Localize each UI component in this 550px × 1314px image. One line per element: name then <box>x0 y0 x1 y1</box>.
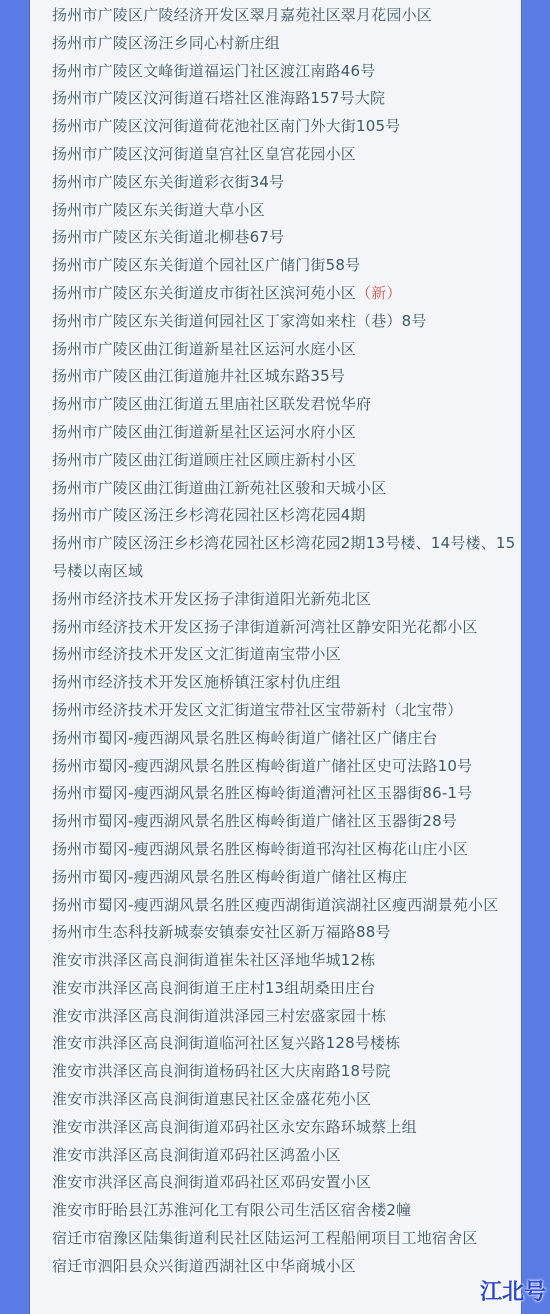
address-item: 扬州市广陵区东关街道何园社区丁家湾如来柱（巷）8号 <box>52 308 518 336</box>
address-item: 扬州市蜀冈-瘦西湖风景名胜区梅岭街道广储社区梅庄 <box>52 864 518 892</box>
address-text: 扬州市蜀冈-瘦西湖风景名胜区梅岭街道广储社区史可法路10号 <box>52 757 472 775</box>
address-item: 淮安市洪泽区高良涧街道惠民社区金盛花苑小区 <box>52 1086 518 1114</box>
address-text: 扬州市广陵区曲江街道施井社区城东路35号 <box>52 367 345 385</box>
address-item: 扬州市蜀冈-瘦西湖风景名胜区梅岭街道广储社区玉器街28号 <box>52 808 518 836</box>
address-item: 扬州市广陵区汤汪乡同心村新庄组 <box>52 30 518 58</box>
address-text: 扬州市广陵区汤汪乡杉湾花园社区杉湾花园4期 <box>52 506 366 524</box>
address-item: 扬州市广陵区汶河街道皇宫社区皇宫花园小区 <box>52 141 518 169</box>
address-text: 扬州市蜀冈-瘦西湖风景名胜区梅岭街道漕河社区玉器街86-1号 <box>52 784 472 802</box>
address-item: 淮安市洪泽区高良涧街道邓码社区鸿盈小区 <box>52 1142 518 1170</box>
address-text: 扬州市经济技术开发区施桥镇汪家村仇庄组 <box>52 673 341 691</box>
address-text: 淮安市洪泽区高良涧街道崔朱社区泽地华城12栋 <box>52 951 376 969</box>
address-text: 扬州市广陵区东关街道北柳巷67号 <box>52 228 284 246</box>
address-item: 扬州市广陵区曲江街道新星社区运河水庭小区 <box>52 336 518 364</box>
address-text: 扬州市广陵区汶河街道荷花池社区南门外大街105号 <box>52 117 400 135</box>
address-item: 扬州市蜀冈-瘦西湖风景名胜区梅岭街道邗沟社区梅花山庄小区 <box>52 836 518 864</box>
address-item: 扬州市广陵区东关街道大草小区 <box>52 197 518 225</box>
address-text: 淮安市洪泽区高良涧街道洪泽园三村宏盛家园十栋 <box>52 1007 386 1025</box>
address-text: 宿迁市宿豫区陆集街道利民社区陆运河工程船闸项目工地宿舍区 <box>52 1229 478 1247</box>
address-item: 扬州市蜀冈-瘦西湖风景名胜区梅岭街道漕河社区玉器街86-1号 <box>52 780 518 808</box>
address-text: 扬州市蜀冈-瘦西湖风景名胜区梅岭街道广储社区梅庄 <box>52 868 407 886</box>
address-item: 淮安市洪泽区高良涧街道王庄村13组胡桑田庄台 <box>52 975 518 1003</box>
address-item: 扬州市经济技术开发区施桥镇汪家村仇庄组 <box>52 669 518 697</box>
address-text: 扬州市广陵区广陵经济开发区翠月嘉苑社区翠月花园小区 <box>52 6 432 24</box>
address-item: 扬州市蜀冈-瘦西湖风景名胜区梅岭街道广储社区广储庄台 <box>52 725 518 753</box>
address-text: 扬州市广陵区东关街道彩衣街34号 <box>52 173 284 191</box>
address-text: 扬州市广陵区东关街道何园社区丁家湾如来柱（巷）8号 <box>52 312 427 330</box>
address-text: 宿迁市泗阳县众兴街道西湖社区中华商城小区 <box>52 1257 356 1275</box>
address-text: 淮安市洪泽区高良涧街道临河社区复兴路128号楼栋 <box>52 1034 400 1052</box>
address-text: 扬州市广陵区东关街道皮市街社区滨河苑小区 <box>52 284 356 302</box>
address-item: 扬州市经济技术开发区文汇街道宝带社区宝带新村（北宝带） <box>52 697 518 725</box>
address-item: 扬州市广陵区汤汪乡杉湾花园社区杉湾花园4期 <box>52 502 518 530</box>
address-list: 扬州市广陵区广陵经济开发区翠月嘉苑社区翠月花园小区扬州市广陵区汤汪乡同心村新庄组… <box>52 2 518 1281</box>
address-text: 淮安市洪泽区高良涧街道邓码社区鸿盈小区 <box>52 1146 341 1164</box>
address-text: 扬州市经济技术开发区文汇街道宝带社区宝带新村（北宝带） <box>52 701 462 719</box>
address-text: 扬州市广陵区曲江街道五里庙社区联发君悦华府 <box>52 395 371 413</box>
address-text: 扬州市广陵区汤汪乡杉湾花园社区杉湾花园2期13号楼、14号楼、15号楼以南区域 <box>52 534 515 580</box>
address-text: 扬州市经济技术开发区扬子津街道新河湾社区静安阳光花都小区 <box>52 618 478 636</box>
address-text: 扬州市广陵区曲江街道新星社区运河水庭小区 <box>52 340 356 358</box>
address-text: 扬州市经济技术开发区扬子津街道阳光新苑北区 <box>52 590 371 608</box>
address-item: 淮安市盱眙县江苏淮河化工有限公司生活区宿舍楼2幢 <box>52 1197 518 1225</box>
address-item: 扬州市经济技术开发区文汇街道南宝带小区 <box>52 641 518 669</box>
address-item: 扬州市经济技术开发区扬子津街道阳光新苑北区 <box>52 586 518 614</box>
address-item: 扬州市广陵区广陵经济开发区翠月嘉苑社区翠月花园小区 <box>52 2 518 30</box>
address-text: 扬州市广陵区汶河街道石塔社区淮海路157号大院 <box>52 89 385 107</box>
address-item: 扬州市生态科技新城泰安镇泰安社区新万福路88号 <box>52 919 518 947</box>
address-item: 扬州市广陵区东关街道彩衣街34号 <box>52 169 518 197</box>
address-item: 扬州市蜀冈-瘦西湖风景名胜区瘦西湖街道滨湖社区瘦西湖景苑小区 <box>52 892 518 920</box>
address-item: 扬州市广陵区曲江街道五里庙社区联发君悦华府 <box>52 391 518 419</box>
address-item: 扬州市广陵区东关街道北柳巷67号 <box>52 224 518 252</box>
address-text: 淮安市洪泽区高良涧街道邓码社区邓码安置小区 <box>52 1173 371 1191</box>
address-text: 扬州市广陵区汶河街道皇宫社区皇宫花园小区 <box>52 145 356 163</box>
watermark-logo: 江北号 <box>480 1275 546 1306</box>
address-text: 扬州市广陵区曲江街道曲江新苑社区骏和天城小区 <box>52 479 386 497</box>
address-text: 扬州市蜀冈-瘦西湖风景名胜区梅岭街道广储社区广储庄台 <box>52 729 438 747</box>
address-text: 扬州市蜀冈-瘦西湖风景名胜区梅岭街道广储社区玉器街28号 <box>52 812 457 830</box>
address-item: 扬州市广陵区东关街道皮市街社区滨河苑小区（新） <box>52 280 518 308</box>
address-item: 扬州市蜀冈-瘦西湖风景名胜区梅岭街道广储社区史可法路10号 <box>52 753 518 781</box>
address-item: 扬州市广陵区曲江街道顾庄社区顾庄新村小区 <box>52 447 518 475</box>
address-item: 扬州市广陵区汶河街道荷花池社区南门外大街105号 <box>52 113 518 141</box>
address-item: 淮安市洪泽区高良涧街道崔朱社区泽地华城12栋 <box>52 947 518 975</box>
address-text: 扬州市广陵区曲江街道新星社区运河水府小区 <box>52 423 356 441</box>
address-text: 扬州市蜀冈-瘦西湖风景名胜区瘦西湖街道滨湖社区瘦西湖景苑小区 <box>52 896 498 914</box>
address-item: 淮安市洪泽区高良涧街道临河社区复兴路128号楼栋 <box>52 1030 518 1058</box>
address-text: 淮安市洪泽区高良涧街道惠民社区金盛花苑小区 <box>52 1090 371 1108</box>
address-item: 扬州市广陵区曲江街道新星社区运河水府小区 <box>52 419 518 447</box>
address-text: 淮安市洪泽区高良涧街道王庄村13组胡桑田庄台 <box>52 979 376 997</box>
address-text: 淮安市洪泽区高良涧街道杨码社区大庆南路18号院 <box>52 1062 391 1080</box>
address-text: 扬州市广陵区东关街道大草小区 <box>52 201 265 219</box>
address-item: 宿迁市泗阳县众兴街道西湖社区中华商城小区 <box>52 1253 518 1281</box>
address-text: 扬州市广陵区东关街道个园社区广储门街58号 <box>52 256 360 274</box>
address-text: 扬州市广陵区曲江街道顾庄社区顾庄新村小区 <box>52 451 356 469</box>
address-item: 淮安市洪泽区高良涧街道邓码社区邓码安置小区 <box>52 1169 518 1197</box>
address-item: 宿迁市宿豫区陆集街道利民社区陆运河工程船闸项目工地宿舍区 <box>52 1225 518 1253</box>
address-item: 淮安市洪泽区高良涧街道邓码社区永安东路环城蔡上组 <box>52 1114 518 1142</box>
address-item: 扬州市广陵区汤汪乡杉湾花园社区杉湾花园2期13号楼、14号楼、15号楼以南区域 <box>52 530 518 586</box>
address-item: 扬州市广陵区文峰街道福运门社区渡江南路46号 <box>52 58 518 86</box>
new-tag: （新） <box>356 284 402 302</box>
address-text: 扬州市经济技术开发区文汇街道南宝带小区 <box>52 645 341 663</box>
address-text: 淮安市盱眙县江苏淮河化工有限公司生活区宿舍楼2幢 <box>52 1201 411 1219</box>
address-text: 扬州市广陵区文峰街道福运门社区渡江南路46号 <box>52 62 376 80</box>
address-item: 扬州市广陵区东关街道个园社区广储门街58号 <box>52 252 518 280</box>
address-item: 淮安市洪泽区高良涧街道杨码社区大庆南路18号院 <box>52 1058 518 1086</box>
address-text: 扬州市生态科技新城泰安镇泰安社区新万福路88号 <box>52 923 391 941</box>
address-item: 扬州市广陵区曲江街道施井社区城东路35号 <box>52 363 518 391</box>
address-item: 扬州市广陵区曲江街道曲江新苑社区骏和天城小区 <box>52 475 518 503</box>
address-text: 淮安市洪泽区高良涧街道邓码社区永安东路环城蔡上组 <box>52 1118 417 1136</box>
address-item: 淮安市洪泽区高良涧街道洪泽园三村宏盛家园十栋 <box>52 1003 518 1031</box>
address-item: 扬州市广陵区汶河街道石塔社区淮海路157号大院 <box>52 85 518 113</box>
address-item: 扬州市经济技术开发区扬子津街道新河湾社区静安阳光花都小区 <box>52 614 518 642</box>
address-text: 扬州市蜀冈-瘦西湖风景名胜区梅岭街道邗沟社区梅花山庄小区 <box>52 840 468 858</box>
address-text: 扬州市广陵区汤汪乡同心村新庄组 <box>52 34 280 52</box>
